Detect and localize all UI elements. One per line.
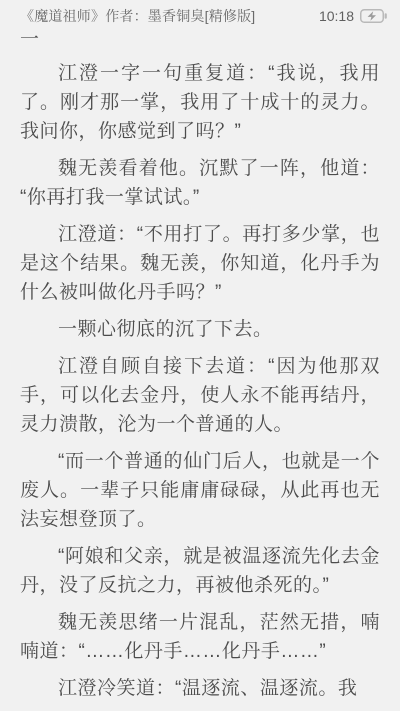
- reader-content[interactable]: 一 江澄一字一句重复道：“我说，我用了。刚才那一掌，我用了十成十的灵力。我问你，…: [0, 29, 400, 703]
- paragraph: 江澄一字一句重复道：“我说，我用了。刚才那一掌，我用了十成十的灵力。我问你，你感…: [20, 59, 380, 146]
- clock: 10:18: [319, 8, 354, 24]
- paragraph: 魏无羡思绪一片混乱，茫然无措，喃喃道：“……化丹手……化丹手……”: [20, 608, 380, 666]
- status-bar: 《魔道祖师》作者：墨香铜臭[精修版] 10:18: [0, 0, 400, 29]
- status-right: 10:18: [319, 8, 387, 24]
- paragraph: “阿娘和父亲，就是被温逐流先化去金丹，没了反抗之力，再被他杀死的。”: [20, 542, 380, 600]
- battery-charging-icon: [360, 9, 387, 23]
- paragraph-partial: 一: [20, 29, 380, 51]
- book-title: 《魔道祖师》作者：墨香铜臭[精修版]: [20, 6, 255, 26]
- paragraph: “而一个普通的仙门后人，也就是一个废人。一辈子只能庸庸碌碌，从此再也无法妄想登顶…: [20, 447, 380, 534]
- paragraph: 江澄道：“不用打了。再打多少掌，也是这个结果。魏无羡，你知道，化丹手为什么被叫做…: [20, 220, 380, 307]
- paragraph: 魏无羡看着他。沉默了一阵，他道：“你再打我一掌试试。”: [20, 154, 380, 212]
- paragraph: 一颗心彻底的沉了下去。: [20, 315, 380, 344]
- paragraph: 江澄自顾自接下去道：“因为他那双手，可以化去金丹，使人永不能再结丹，灵力溃散，沦…: [20, 352, 380, 439]
- reader-screen: 《魔道祖师》作者：墨香铜臭[精修版] 10:18 一 江澄一字一句重复道：“我说…: [0, 0, 400, 711]
- paragraph: 江澄冷笑道：“温逐流、温逐流。我: [20, 674, 380, 703]
